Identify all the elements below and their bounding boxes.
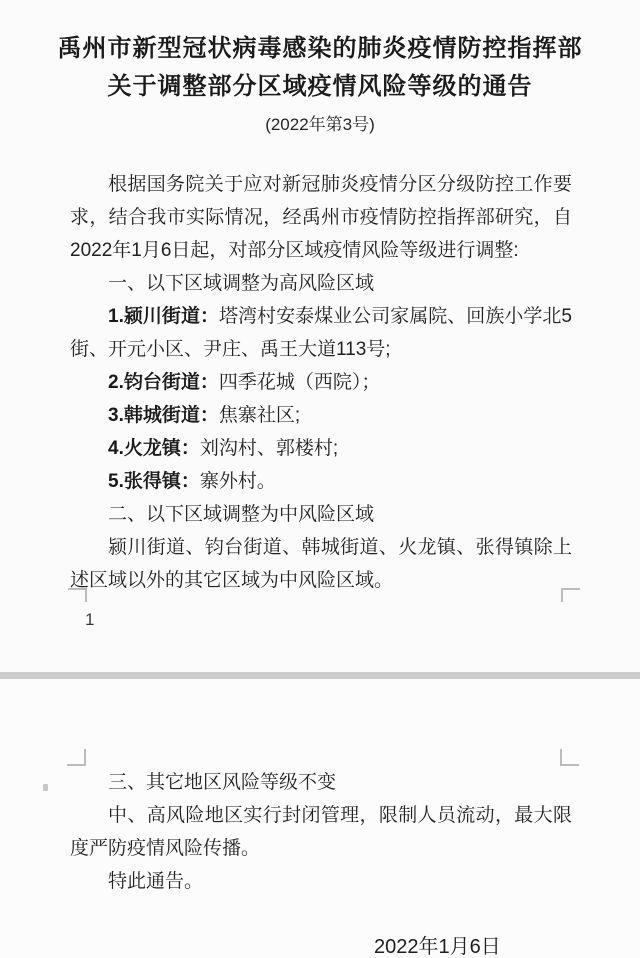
high-risk-item-label: 1.颍川街道： bbox=[108, 306, 219, 327]
page-margin-mark bbox=[560, 749, 579, 766]
intro-paragraph: 根据国务院关于应对新冠肺炎疫情分区分级防控工作要求，结合我市实际情况，经禹州市疫… bbox=[70, 168, 572, 267]
high-risk-item-label: 4.火龙镇： bbox=[108, 438, 200, 459]
closing-line: 特此通告。 bbox=[70, 865, 572, 898]
page-margin-mark bbox=[561, 588, 580, 602]
medium-risk-paragraph: 颍川街道、钧台街道、韩城街道、火龙镇、张得镇除上述区域以外的其它区域为中风险区域… bbox=[70, 531, 572, 597]
document-page-1: 禹州市新型冠状病毒感染的肺炎疫情防控指挥部 关于调整部分区域疫情风险等级的通告 … bbox=[0, 0, 640, 672]
page-2-body: 三、其它地区风险等级不变 中、高风险地区实行封闭管理，限制人员流动，最大限度严防… bbox=[70, 766, 572, 898]
control-measures-paragraph: 中、高风险地区实行封闭管理，限制人员流动，最大限度严防疫情风险传播。 bbox=[70, 799, 572, 865]
high-risk-item: 5.张得镇：寨外村。 bbox=[70, 465, 572, 498]
high-risk-item-label: 2.钧台街道： bbox=[108, 372, 219, 393]
page-1-body: 根据国务院关于应对新冠肺炎疫情分区分级防控工作要求，结合我市实际情况，经禹州市疫… bbox=[70, 168, 572, 597]
page-margin-mark bbox=[67, 749, 86, 766]
high-risk-item-text: 刘沟村、郭楼村; bbox=[200, 438, 338, 459]
high-risk-item-text: 寨外村。 bbox=[200, 471, 276, 492]
document-title-line-1: 禹州市新型冠状病毒感染的肺炎疫情防控指挥部 bbox=[0, 30, 640, 68]
high-risk-item-label: 3.韩城街道： bbox=[108, 405, 219, 426]
section-heading-high-risk: 一、以下区域调整为高风险区域 bbox=[70, 267, 572, 300]
high-risk-item: 4.火龙镇：刘沟村、郭楼村; bbox=[70, 432, 572, 465]
section-heading-medium-risk: 二、以下区域调整为中风险区域 bbox=[70, 498, 572, 531]
page-separator bbox=[0, 672, 640, 679]
high-risk-item-label: 5.张得镇： bbox=[108, 471, 200, 492]
document-issue-number: (2022年第3号) bbox=[0, 114, 640, 136]
document-page-2: 三、其它地区风险等级不变 中、高风险地区实行封闭管理，限制人员流动，最大限度严防… bbox=[0, 679, 640, 958]
high-risk-item: 2.钧台街道：四季花城（西院）； bbox=[70, 366, 572, 399]
section-heading-other-areas: 三、其它地区风险等级不变 bbox=[70, 766, 572, 799]
high-risk-item: 1.颍川街道：塔湾村安泰煤业公司家属院、回族小学北5街、开元小区、尹庄、禹王大道… bbox=[70, 300, 572, 366]
document-screenshot: 禹州市新型冠状病毒感染的肺炎疫情防控指挥部 关于调整部分区域疫情风险等级的通告 … bbox=[0, 0, 640, 958]
high-risk-item-text: 焦寨社区; bbox=[219, 405, 300, 426]
document-date: 2022年1月6日 bbox=[374, 930, 501, 958]
document-title-line-2: 关于调整部分区域疫情风险等级的通告 bbox=[0, 68, 640, 106]
high-risk-item-text: 四季花城（西院）； bbox=[219, 372, 381, 393]
high-risk-item: 3.韩城街道：焦寨社区; bbox=[70, 399, 572, 432]
photo-artifact-dot bbox=[43, 784, 48, 791]
document-header: 禹州市新型冠状病毒感染的肺炎疫情防控指挥部 关于调整部分区域疫情风险等级的通告 … bbox=[0, 30, 640, 136]
page-margin-mark bbox=[68, 588, 87, 602]
page-number: 1 bbox=[85, 610, 94, 630]
